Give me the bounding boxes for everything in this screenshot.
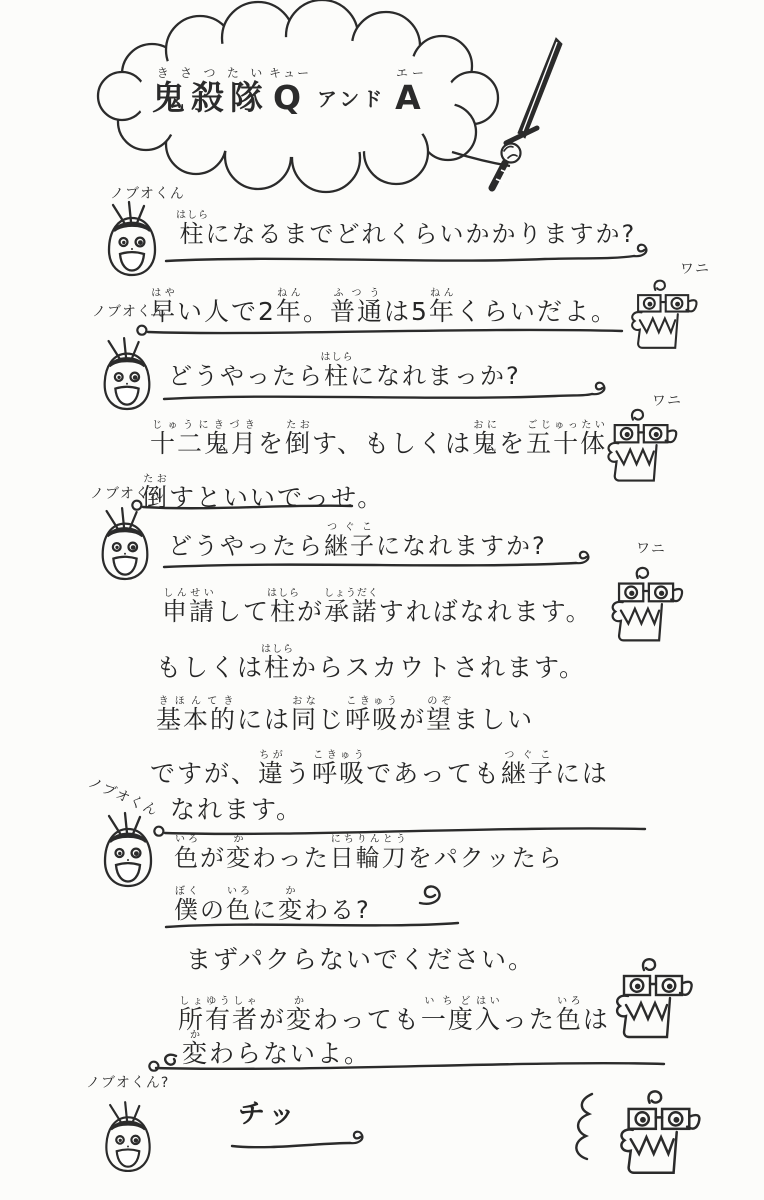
- tremble-lines-icon: [576, 1094, 592, 1159]
- spiral-after-q4: [420, 886, 440, 903]
- question-3: どうやったら継子つぐこになれますか?: [168, 522, 547, 559]
- loop-before-a4l3: [165, 1055, 176, 1065]
- question-4-line-2: 僕ぼくの色いろに変かわる?: [174, 886, 371, 923]
- answer-2-line-2: 倒たおすといいでっせ。: [142, 474, 384, 512]
- question-1: 柱はしらになるまでどれくらいかかりますか?: [176, 210, 636, 247]
- underline-a1: [148, 330, 622, 333]
- spiral-flourish-icon: [350, 1132, 362, 1143]
- underline-q3: [164, 563, 576, 567]
- spiral-flourish-icon: [576, 552, 588, 563]
- answer-4-line-2: 所有者しょゆうしゃが変かわっても一度いちど入はいった色いろは: [178, 996, 610, 1034]
- wani-crocodile-icon: [621, 1091, 699, 1172]
- answer-3-line-4: ですが、違ちがう呼吸こきゅうであっても継子つぐこには: [150, 750, 609, 788]
- questioner-label: ノブオくん: [110, 183, 185, 203]
- question-4-line-1: 色いろが変かわった日輪刀にちりんとうをパクッたら: [174, 834, 564, 871]
- loop-flourish-icon: [154, 827, 163, 836]
- answer-4-line-1: まずパクらないでください。: [186, 946, 535, 974]
- questioner-label: ノブオくん: [92, 301, 167, 321]
- answer-3-line-1: 申請しんせいして柱はしらが承諾しょうだくすればなれます。: [162, 588, 593, 626]
- answer-3-line-2: もしくは柱はしらからスカウトされます。: [156, 644, 586, 682]
- wani-crocodile-icon: [613, 568, 682, 640]
- answerer-label: ワニ: [680, 257, 711, 278]
- loop-flourish-icon: [149, 1062, 158, 1071]
- spiral-flourish-icon: [592, 383, 604, 394]
- wani-crocodile-icon: [608, 410, 676, 481]
- wani-crocodile-icon: [617, 959, 692, 1037]
- nobuo-doodle-face-icon: [105, 338, 150, 409]
- underline-sfx: [232, 1143, 350, 1147]
- page-title: 鬼殺隊きさつたいQキュー アンド Aエー: [152, 66, 427, 116]
- underline-q2: [164, 394, 592, 399]
- nobuo-doodle-face-icon: [106, 1102, 149, 1171]
- questioner-label-final: ノブオくん?: [86, 1072, 169, 1092]
- nobuo-doodle-face-icon: [105, 813, 151, 886]
- nobuo-doodle-face-icon: [109, 202, 155, 275]
- answerer-label: ワニ: [636, 538, 667, 559]
- answer-2-line-1: 十二鬼月じゅうにきづきを倒たおす、もしくは鬼おにを五十体ごじゅったい: [150, 420, 607, 458]
- manga-qa-page: 鬼殺隊きさつたいQキュー アンド Aエー ノブオくん 柱はしらになるまでどれくら…: [0, 0, 764, 1200]
- answer-3-line-5: なれます。: [170, 796, 303, 824]
- answer-1: 早はやい人で2年ねん。普通ふつうは5年ねんくらいだよ。: [150, 288, 618, 326]
- wani-crocodile-icon: [632, 281, 696, 348]
- underline-q1: [166, 256, 634, 261]
- answerer-label: ワニ: [652, 389, 683, 410]
- nobuo-doodle-face-icon: [103, 508, 148, 579]
- answer-3-line-3: 基本的きほんてきには同おなじ呼吸こきゅうが望のぞましい: [156, 696, 534, 734]
- questioner-label: ノブオくん: [90, 483, 165, 503]
- tch-sfx: チッ: [238, 1099, 300, 1130]
- loop-flourish-icon: [137, 326, 146, 335]
- question-2: どうやったら柱はしらになれまっか?: [168, 352, 521, 389]
- katana-icon: [492, 38, 562, 188]
- answer-4-line-3: 変かわらないよ。: [182, 1030, 371, 1068]
